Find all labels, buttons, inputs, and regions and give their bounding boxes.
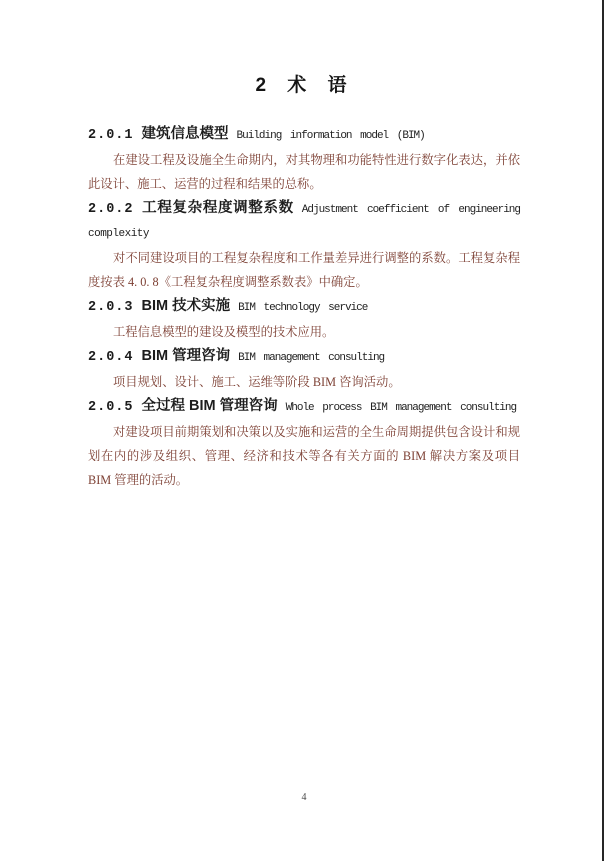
- term-definition: 项目规划、设计、施工、运维等阶段 BIM 咨询活动。: [88, 370, 520, 394]
- term-name-cn: 全过程 BIM 管理咨询: [142, 398, 278, 414]
- page-number: 4: [0, 792, 608, 803]
- term-name-en: Building information model (BIM): [237, 130, 425, 142]
- term-definition: 对建设项目前期策划和决策以及实施和运营的全生命周期提供包含设计和规划在内的涉及组…: [88, 420, 520, 492]
- term-section-2-0-3: 2.0.3BIM 技术实施BIM technology service 工程信息…: [88, 294, 520, 344]
- term-definition: 在建设工程及设施全生命期内，对其物理和功能特性进行数字化表达，并依此设计、施工、…: [88, 148, 520, 196]
- term-number: 2.0.5: [88, 400, 134, 415]
- term-definition: 工程信息模型的建设及模型的技术应用。: [88, 320, 520, 344]
- term-section-2-0-1: 2.0.1建筑信息模型Building information model (B…: [88, 122, 520, 196]
- term-name-en: BIM technology service: [238, 302, 367, 314]
- term-heading: 2.0.1建筑信息模型Building information model (B…: [88, 122, 520, 148]
- term-definition: 对不同建设项目的工程复杂程度和工作量差异进行调整的系数。工程复杂程度按表 4. …: [88, 246, 520, 294]
- page-edge-line: [602, 0, 604, 861]
- term-section-2-0-2: 2.0.2工程复杂程度调整系数Adjustment coefficient of…: [88, 196, 520, 294]
- term-section-2-0-4: 2.0.4BIM 管理咨询BIM management consulting 项…: [88, 344, 520, 394]
- term-heading: 2.0.3BIM 技术实施BIM technology service: [88, 294, 520, 320]
- document-page: 2 术 语 2.0.1建筑信息模型Building information mo…: [0, 0, 608, 861]
- term-number: 2.0.3: [88, 300, 134, 315]
- term-name-cn: BIM 管理咨询: [142, 348, 231, 364]
- term-name-cn: 工程复杂程度调整系数: [142, 200, 294, 216]
- chapter-title: 2 术 语: [0, 74, 608, 98]
- term-name-en-continuation: complexity: [88, 222, 520, 246]
- term-name-en: Adjustment coefficient of engineering: [302, 204, 520, 216]
- term-number: 2.0.4: [88, 350, 134, 365]
- term-heading: 2.0.4BIM 管理咨询BIM management consulting: [88, 344, 520, 370]
- term-heading: 2.0.2工程复杂程度调整系数Adjustment coefficient of…: [88, 196, 520, 222]
- term-name-en: Whole process BIM management consulting: [286, 402, 516, 414]
- term-section-2-0-5: 2.0.5全过程 BIM 管理咨询Whole process BIM manag…: [88, 394, 520, 492]
- term-number: 2.0.2: [88, 202, 134, 217]
- term-number: 2.0.1: [88, 128, 134, 143]
- term-name-cn: 建筑信息模型: [142, 126, 229, 142]
- terms-content: 2.0.1建筑信息模型Building information model (B…: [88, 122, 520, 492]
- term-name-cn: BIM 技术实施: [142, 298, 231, 314]
- term-name-en: BIM management consulting: [238, 352, 384, 364]
- term-heading: 2.0.5全过程 BIM 管理咨询Whole process BIM manag…: [88, 394, 520, 420]
